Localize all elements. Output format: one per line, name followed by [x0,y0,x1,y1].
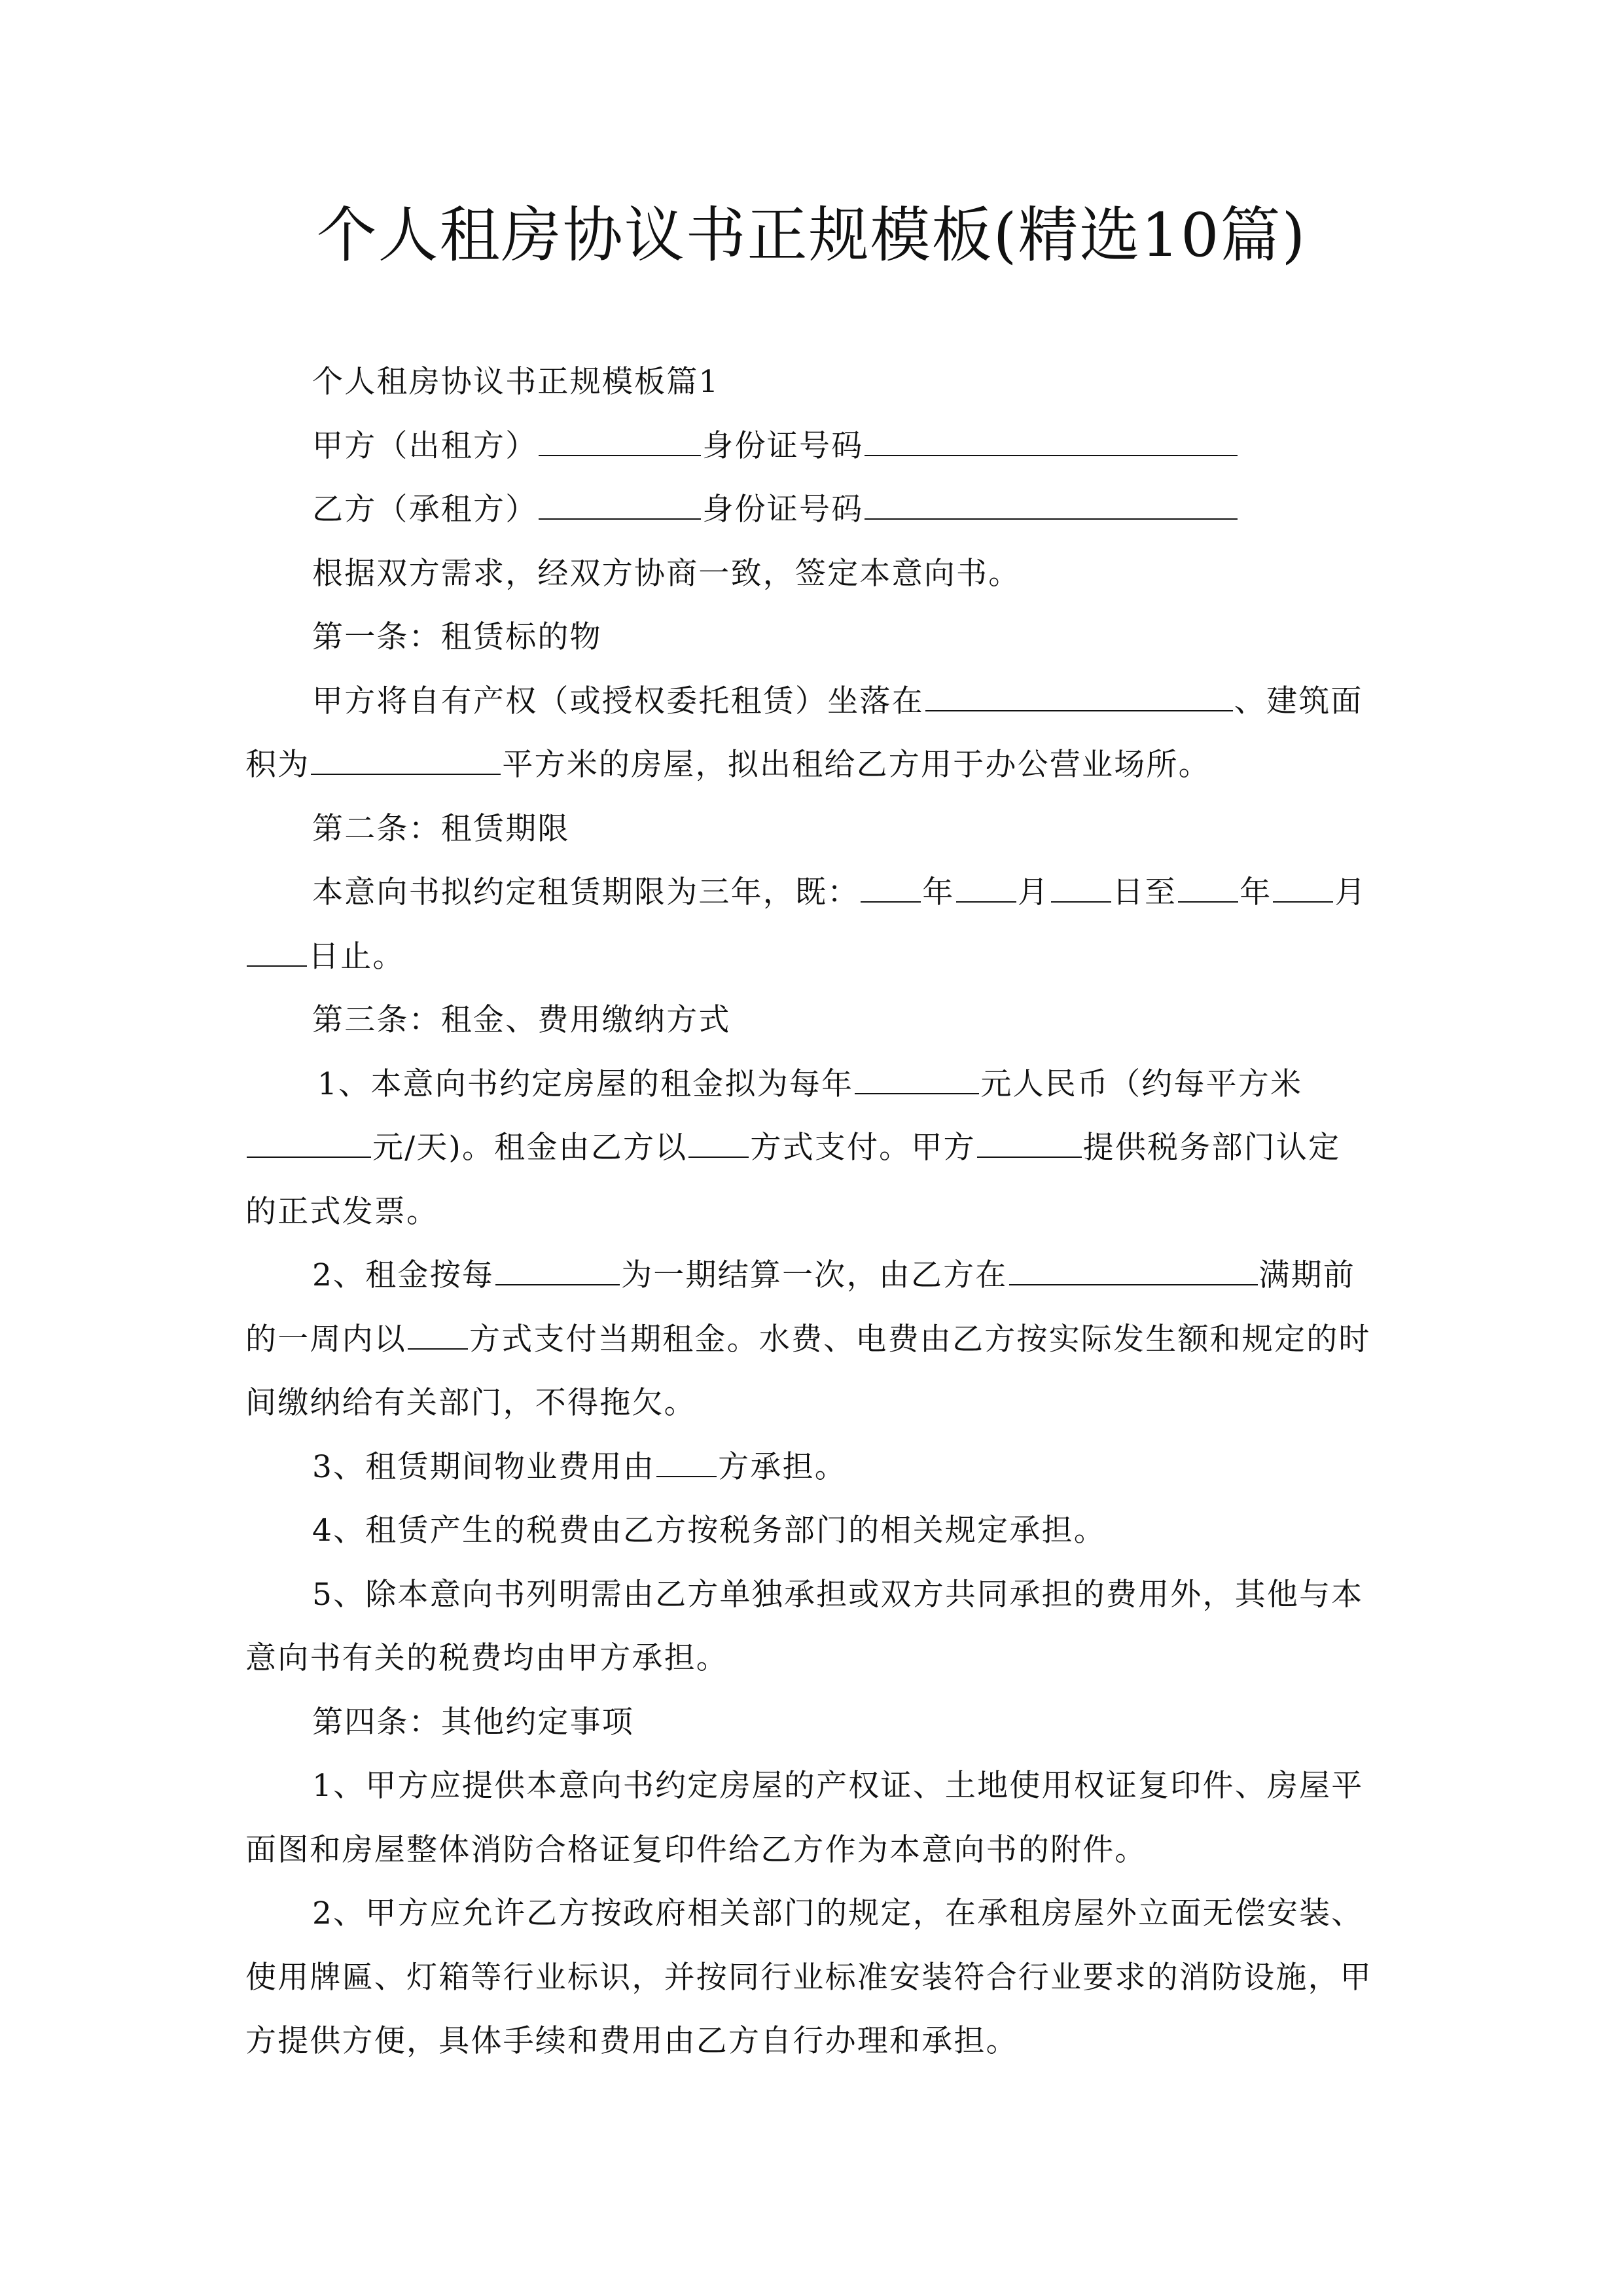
article-3-text: 3、租赁期间物业费用由 [312,1449,655,1485]
end-month-blank[interactable] [1273,878,1333,903]
article-2-text: 本意向书拟约定租赁期限为三年，既： [312,874,859,910]
party-b-name-blank[interactable] [539,495,701,520]
article-1-text: 平方米的房屋，拟出租给乙方用于办公营业场所。 [502,747,1210,783]
party-a-name-blank[interactable] [539,431,701,456]
article-3-text: 1、本意向书约定房屋的租金拟为每年 [317,1066,853,1102]
party-b-label: 乙方（承租方） [312,492,537,528]
end-year-blank[interactable] [1178,878,1238,903]
annual-rent-blank[interactable] [855,1069,979,1094]
party-b-id-blank[interactable] [865,495,1238,520]
article-1-text: 、建筑面 [1234,683,1363,719]
month-label: 月 [1018,874,1050,910]
party-b-id-label: 身份证号码 [702,492,863,528]
due-date-blank[interactable] [1009,1261,1258,1285]
article-3-text: 的一周内以 [245,1321,406,1357]
article-4-heading: 第四条：其他约定事项 [245,1691,1381,1755]
article-3-item-3: 3、租赁期间物业费用由方承担。 [245,1435,1381,1499]
article-3-item-2-line-2: 的一周内以方式支付当期租金。水费、电费由乙方按实际发生额和规定的时 [245,1308,1381,1372]
start-month-blank[interactable] [956,878,1016,903]
article-4-item-1-line-2: 面图和房屋整体消防合格证复印件给乙方作为本意向书的附件。 [245,1818,1381,1882]
article-1-heading: 第一条：租赁标的物 [245,605,1381,670]
section-heading: 个人租房协议书正规模板篇1 [245,350,1381,414]
article-3-text: 方式支付。甲方 [750,1130,975,1166]
start-year-blank[interactable] [861,878,921,903]
article-4-item-2-line-2: 使用牌匾、灯箱等行业标识，并按同行业标准安装符合行业要求的消防设施，甲 [245,1946,1381,2010]
article-2-paragraph-line-1: 本意向书拟约定租赁期限为三年，既：年月日至年月 [245,861,1381,925]
property-fee-party-blank[interactable] [656,1452,717,1477]
article-3-text: 2、租金按每 [312,1257,494,1293]
article-3-item-1-line-1: 1、本意向书约定房屋的租金拟为每年元人民币（约每平方米 [245,1052,1381,1117]
end-day-blank[interactable] [247,942,307,967]
article-3-text: 提供税务部门认定 [1083,1130,1341,1166]
article-3-text: 方承担。 [718,1449,847,1485]
year-label: 年 [922,874,954,910]
party-a-line: 甲方（出租方）身份证号码 [245,414,1381,478]
party-b-line: 乙方（承租方）身份证号码 [245,478,1381,542]
article-3-item-5-line-1: 5、除本意向书列明需由乙方单独承担或双方共同承担的费用外，其他与本 [245,1563,1381,1627]
payment-method-blank[interactable] [688,1133,749,1158]
start-day-blank[interactable] [1051,878,1111,903]
article-3-item-5-line-2: 意向书有关的税费均由甲方承担。 [245,1626,1381,1691]
article-1-paragraph-line-1: 甲方将自有产权（或授权委托租赁）坐落在、建筑面 [245,670,1381,734]
article-3-text: 元人民币（约每平方米 [980,1066,1302,1102]
article-2-paragraph-line-2: 日止。 [245,925,1381,989]
article-3-text: 元/天)。租金由乙方以 [372,1130,687,1166]
day-to-label: 日至 [1113,874,1177,910]
article-4-item-2-line-1: 2、甲方应允许乙方按政府相关部门的规定，在承租房屋外立面无偿安装、 [245,1882,1381,1946]
article-1-text: 甲方将自有产权（或授权委托租赁）坐落在 [312,683,924,719]
article-1-paragraph-line-2: 积为平方米的房屋，拟出租给乙方用于办公营业场所。 [245,733,1381,797]
period-payment-method-blank[interactable] [408,1325,468,1350]
daily-rate-blank[interactable] [247,1133,371,1158]
article-3-item-2-line-3: 间缴纳给有关部门，不得拖欠。 [245,1371,1381,1435]
article-3-item-1-line-3: 的正式发票。 [245,1180,1381,1244]
article-3-item-1-line-2: 元/天)。租金由乙方以方式支付。甲方提供税务部门认定 [245,1116,1381,1180]
party-a-id-label: 身份证号码 [702,428,863,464]
article-3-text: 为一期结算一次，由乙方在 [621,1257,1007,1293]
party-a-id-blank[interactable] [865,431,1238,456]
area-blank[interactable] [311,750,501,775]
party-a-label: 甲方（出租方） [312,428,537,464]
day-end-label: 日止。 [308,939,405,975]
article-3-heading: 第三条：租金、费用缴纳方式 [245,988,1381,1052]
article-2-heading: 第二条：租赁期限 [245,797,1381,861]
article-4-item-2-line-3: 方提供方便，具体手续和费用由乙方自行办理和承担。 [245,2009,1381,2073]
document-page: 个人租房协议书正规模板(精选10篇) 个人租房协议书正规模板篇1 甲方（出租方）… [0,0,1623,2296]
article-3-item-4: 4、租赁产生的税费由乙方按税务部门的相关规定承担。 [245,1499,1381,1563]
year-label: 年 [1240,874,1272,910]
article-3-text: 满期前 [1259,1257,1356,1293]
article-3-item-2-line-1: 2、租金按每为一期结算一次，由乙方在满期前 [245,1244,1381,1308]
billing-period-blank[interactable] [495,1261,620,1285]
location-blank[interactable] [925,687,1233,711]
document-body: 个人租房协议书正规模板篇1 甲方（出租方）身份证号码 乙方（承租方）身份证号码 … [245,350,1381,2073]
intro-paragraph: 根据双方需求，经双方协商一致，签定本意向书。 [245,542,1381,606]
document-title: 个人租房协议书正规模板(精选10篇) [0,196,1623,275]
invoice-blank[interactable] [977,1133,1082,1158]
article-1-text: 积为 [245,747,310,783]
article-3-text: 方式支付当期租金。水费、电费由乙方按实际发生额和规定的时 [469,1321,1371,1357]
month-label: 月 [1334,874,1366,910]
article-4-item-1-line-1: 1、甲方应提供本意向书约定房屋的产权证、土地使用权证复印件、房屋平 [245,1754,1381,1818]
